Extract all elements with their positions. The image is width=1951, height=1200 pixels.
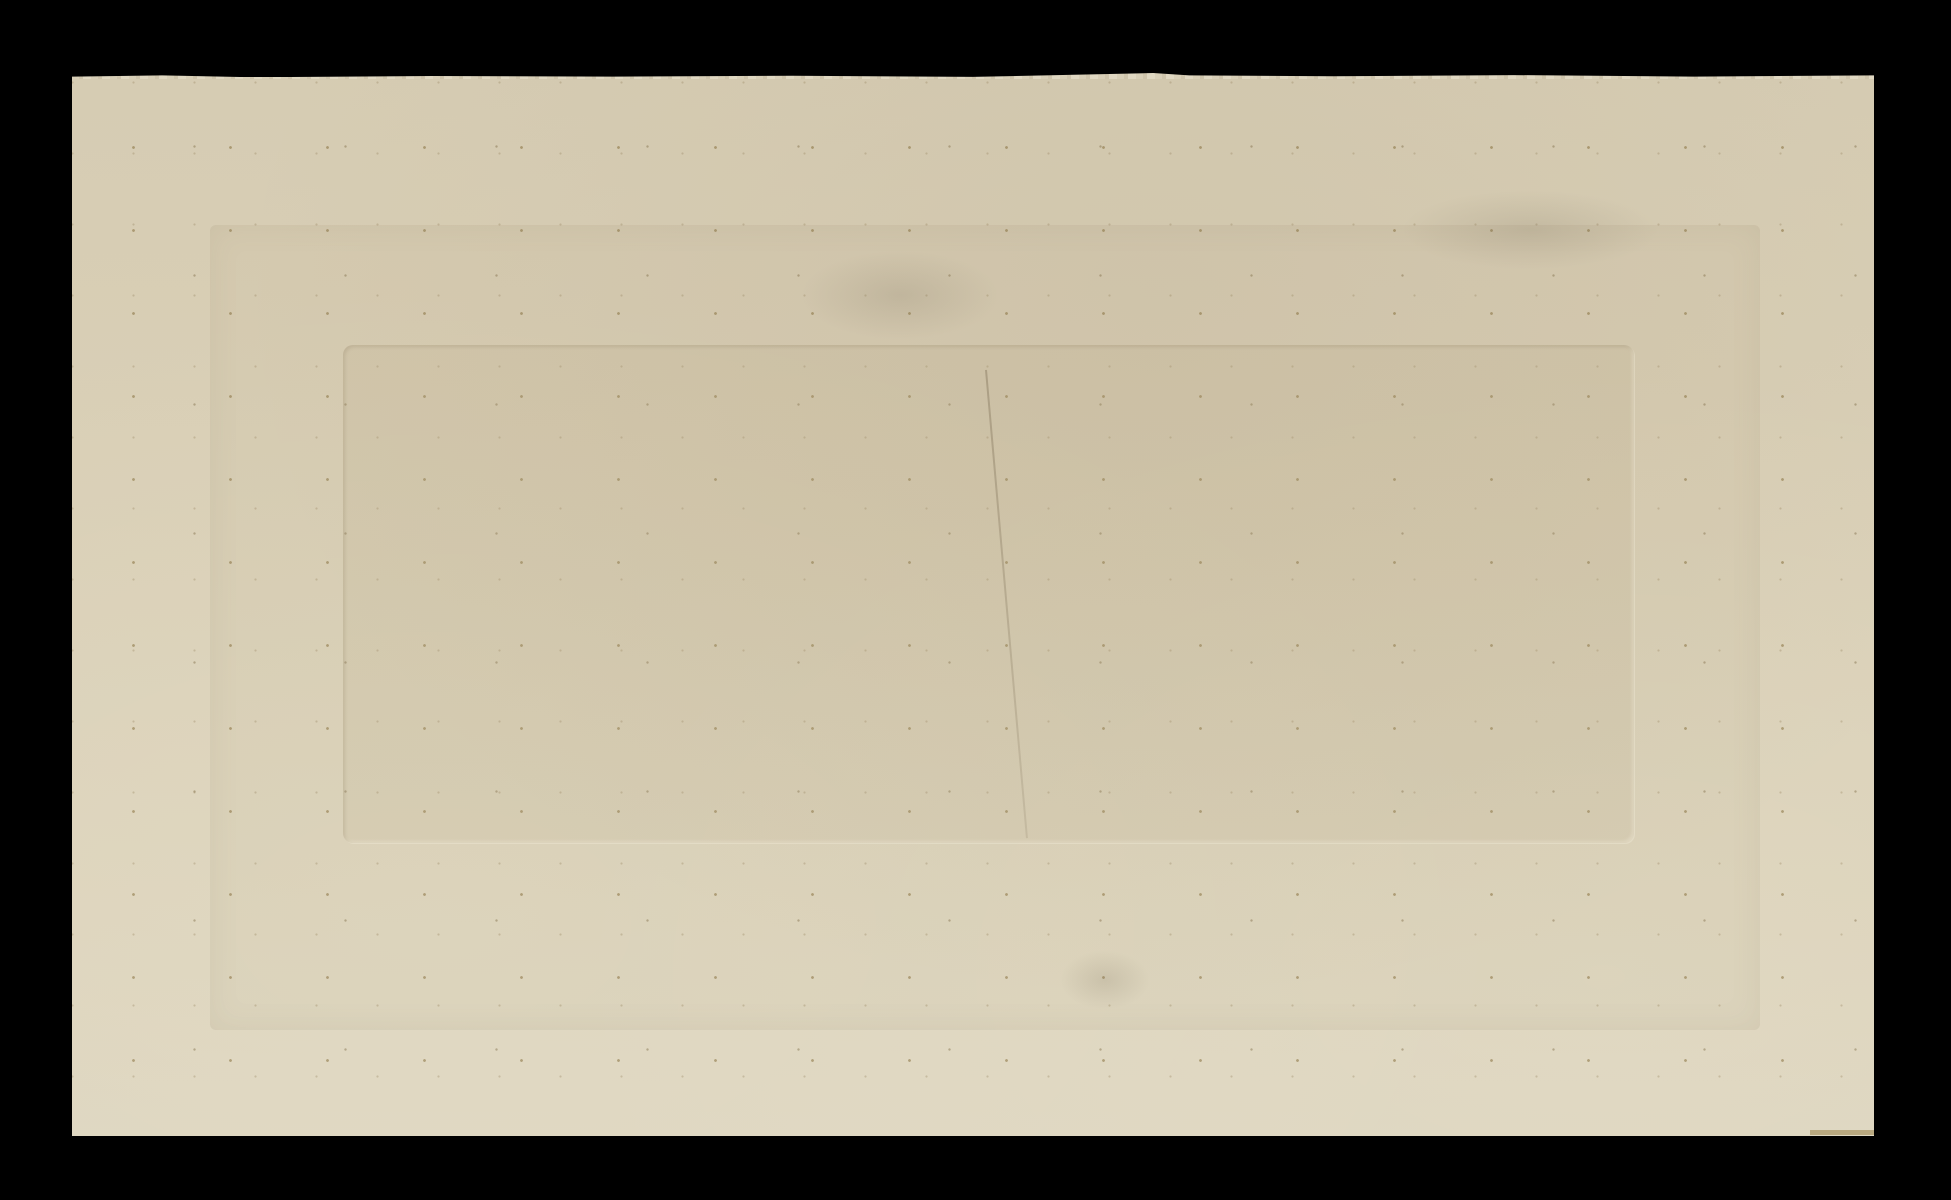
paper-smudge: [1400, 190, 1660, 270]
paper-smudge: [1060, 950, 1150, 1010]
paper-smudge: [800, 250, 1000, 340]
card-bottom-right-edge: [1810, 1130, 1874, 1135]
card-ragged-top-edge: [72, 73, 1874, 79]
